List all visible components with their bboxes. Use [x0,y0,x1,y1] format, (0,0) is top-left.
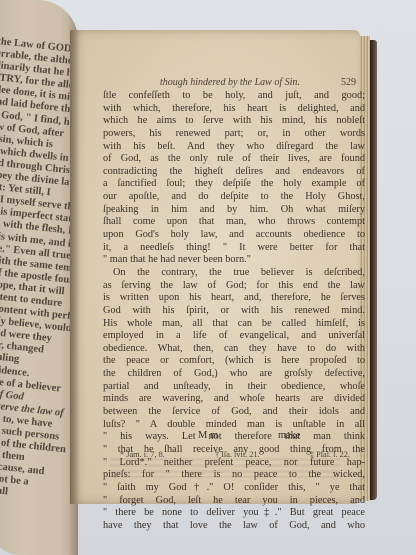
text-line: contradicting the higheſt deſires and en… [103,166,365,179]
text-line: partial and unſteady, in their obedience… [103,381,365,394]
text-line: the peace or comfort, (which is here pro… [103,355,365,368]
text-line: the children of God,) who are groſsly de… [103,368,365,381]
text-line: upon God's holy law, and accounts obedie… [103,229,365,242]
show-through-text [110,458,340,478]
text-line: powers, his renewed part; or, in other w… [103,128,365,141]
text-line: it, a needleſs thing! " It were better f… [103,242,365,255]
text-line: our apoſtle, and do deſpite to the Holy … [103,191,365,204]
signature-mark: M m [198,430,218,441]
text-line: " man that he had never been born." [103,254,365,267]
text-line: ſpeaking in him and by him. Oh what miſe… [103,204,365,217]
left-page-text: the Law of GOD. errable, the although di… [0,36,78,513]
text-line: ſhall come upon that man, who throws con… [103,216,365,229]
text-line: as ſerving the law of God; for this end … [103,280,365,293]
text-line: with his beſt. And they who diſregard th… [103,141,365,154]
text-line: minds are wavering, and whoſe hearts are… [103,393,365,406]
text-line: " his ways. Let not therefore that man t… [103,431,365,444]
text-line: obedience. What, then, can they have to … [103,343,365,356]
text-line: which he aims to ſerve with his mind, hi… [103,115,365,128]
text-line: On the contrary, the true believer is de… [103,267,365,280]
page-number: 529 [341,77,356,88]
left-page: the Law of GOD. errable, the although di… [0,0,78,555]
text-line: " forget God, leſt he tear you in pieces… [103,495,365,508]
running-head-title: though hindered by the Law of Sin. [160,77,300,88]
text-line: God with his ſpirit, or with his renewed… [103,305,365,318]
text-line: with which, therefore, his heart is deli… [103,103,365,116]
text-line: luſts? " A double minded man is unſtable… [103,419,365,432]
text-line: ſtle confeſſeth to be holy, and juſt, an… [103,90,365,103]
text-line: employed in a life of evangelical, and u… [103,330,365,343]
gutter-shadow [70,30,80,504]
running-head: though hindered by the Law of Sin. 529 [160,77,370,88]
text-line: is written upon his heart, and, therefor… [103,292,365,305]
text-line: between the ſervice of God, and their id… [103,406,365,419]
text-line: " there be none to deliver you‡." But gr… [103,507,365,520]
text-line: a ſanctified ſoul; they deſpiſe the holy… [103,178,365,191]
text-line: have they that love the law of God, and … [103,520,365,533]
catchword: make [278,430,300,441]
text-line: of God, as the only rule of their lives,… [103,153,365,166]
text-line: " ſaith my God†." O! conſider this, " ye… [103,482,365,495]
text-line: His whole man, all that can be called hi… [103,318,365,331]
